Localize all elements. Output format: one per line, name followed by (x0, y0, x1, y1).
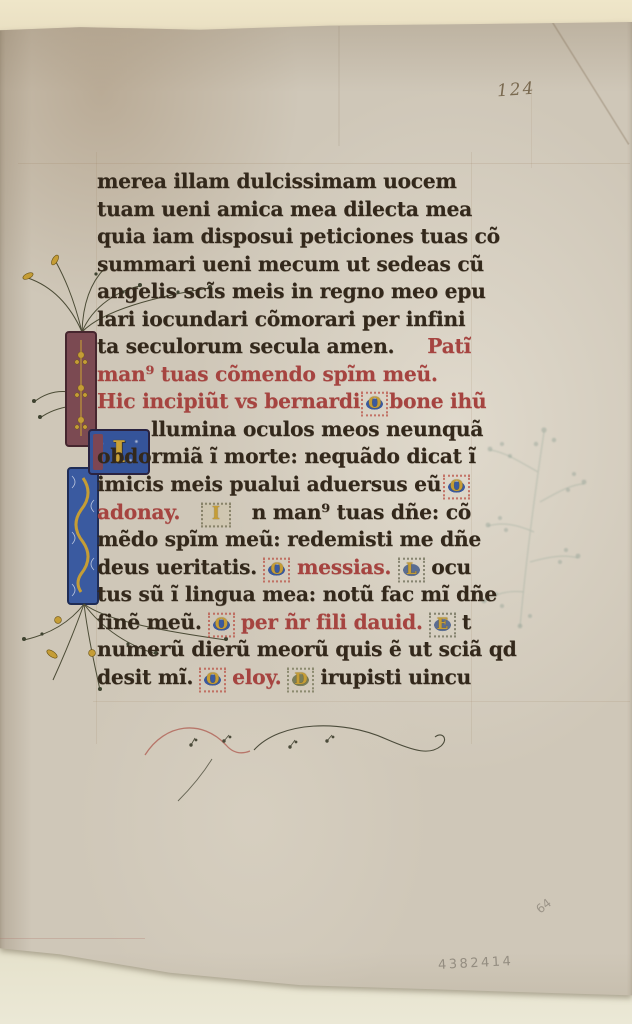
body-text: ocu (431, 553, 471, 581)
body-text: imicis meis pualui aduersus eũ (97, 471, 441, 499)
ruled-line-horizontal-top (18, 163, 630, 164)
manuscript-photo: 124 (0, 0, 632, 1024)
body-text: merea illam dulcissimam uocem (97, 168, 457, 196)
pen-flourish (130, 705, 490, 805)
manuscript-line: llumina oculos meos neunquã (97, 416, 471, 444)
rubric-text: adonay. (97, 498, 180, 526)
rubric-text: man⁹ tuas cõmendo spĩm meũ. (97, 360, 438, 388)
body-text: ta seculorum secula amen. (97, 333, 394, 361)
manuscript-line: summari ueni mecum ut sedeas cũ (97, 250, 471, 278)
vertical-crease (338, 26, 340, 146)
illuminated-initial-l: L (398, 557, 425, 582)
body-text: tuam ueni amica mea dilecta mea (97, 195, 472, 223)
manuscript-line: imicis meis pualui aduersus eũO (97, 471, 471, 499)
ruled-line-horizontal-foot (0, 938, 145, 939)
parchment-leaf-wrap: 124 (0, 0, 632, 1024)
manuscript-line: quia iam disposui peticiones tuas cõ (97, 223, 471, 251)
manuscript-line: Hic incipiũt vs bernardiObone ihũ (97, 388, 471, 416)
body-text: lari iocundari cõmorari per infini (97, 305, 465, 333)
manuscript-line: ta seculorum secula amen.Patĩ (97, 333, 471, 361)
corner-crease (548, 16, 630, 145)
text-block: merea illam dulcissimam uocemtuam ueni a… (97, 168, 471, 691)
manuscript-line: obdormiã ĩ morte: nequãdo dicat ĩ (97, 443, 471, 471)
manuscript-line: tus sũ ĩ lingua mea: notũ fac mĩ dñe (97, 581, 471, 609)
body-text: obdormiã ĩ morte: nequãdo dicat ĩ (97, 443, 476, 471)
illuminated-initial-e: E (429, 612, 456, 637)
rubric-text: Patĩ (427, 333, 471, 361)
rubric-text: per ñr fili dauid. (241, 608, 423, 636)
rubric-text: eloy. (232, 663, 281, 691)
body-text: angelis scĩs meis in regno meo epu (97, 278, 486, 306)
illuminated-initial-i: I (201, 502, 231, 527)
ruled-line-vertical-folio (531, 88, 532, 168)
pencil-inventory-number: 4382414 (438, 954, 514, 973)
illuminated-initial-o: O (208, 612, 235, 637)
parchment-leaf: 124 (0, 0, 632, 1024)
illuminated-initial-o: O (263, 557, 290, 582)
body-text: tus sũ ĩ lingua mea: notũ fac mĩ dñe (97, 581, 497, 609)
body-text: irupisti uincu (320, 663, 471, 691)
rubric-text: bone ihũ (389, 388, 486, 416)
pencil-margin-note: 64 (533, 896, 554, 916)
body-text: summari ueni mecum ut sedeas cũ (97, 250, 484, 278)
body-text: t (462, 608, 471, 636)
rubric-text: messias. (297, 553, 391, 581)
manuscript-line: tuam ueni amica mea dilecta mea (97, 195, 471, 223)
body-text: llumina oculos meos neunquã (151, 416, 483, 444)
manuscript-line: angelis scĩs meis in regno meo epu (97, 278, 471, 306)
body-text: desit mĩ. (97, 663, 193, 691)
body-text: deus ueritatis. (97, 553, 257, 581)
illuminated-initial-o: O (361, 392, 388, 417)
manuscript-line: desit mĩ.Oeloy.Dirupisti uincu (97, 663, 471, 691)
manuscript-line: man⁹ tuas cõmendo spĩm meũ. (97, 360, 471, 388)
illuminated-initial-o: O (443, 474, 470, 499)
manuscript-line: finẽ meũ.Oper ñr fili dauid.Et (97, 608, 471, 636)
body-text: finẽ meũ. (97, 608, 202, 636)
folio-number: 124 (496, 79, 536, 102)
body-text: mẽdo spĩm meũ: redemisti me dñe (97, 526, 481, 554)
illuminated-initial-d: D (287, 667, 314, 692)
manuscript-line: adonay.In man⁹ tuas dñe: cõ (97, 498, 471, 526)
illuminated-initial-o: O (199, 667, 226, 692)
body-text: n man⁹ tuas dñe: cõ (252, 498, 471, 526)
rubric-text: Hic incipiũt vs bernardi (97, 388, 360, 416)
body-text: numerũ dierũ meorũ quis ẽ ut sciã qd (97, 636, 517, 664)
manuscript-line: mẽdo spĩm meũ: redemisti me dñe (97, 526, 471, 554)
manuscript-line: deus ueritatis.Omessias.Locu (97, 553, 471, 581)
manuscript-line: lari iocundari cõmorari per infini (97, 305, 471, 333)
manuscript-line: merea illam dulcissimam uocem (97, 168, 471, 196)
body-text: quia iam disposui peticiones tuas cõ (97, 223, 500, 251)
manuscript-line: numerũ dierũ meorũ quis ẽ ut sciã qd (97, 636, 471, 664)
